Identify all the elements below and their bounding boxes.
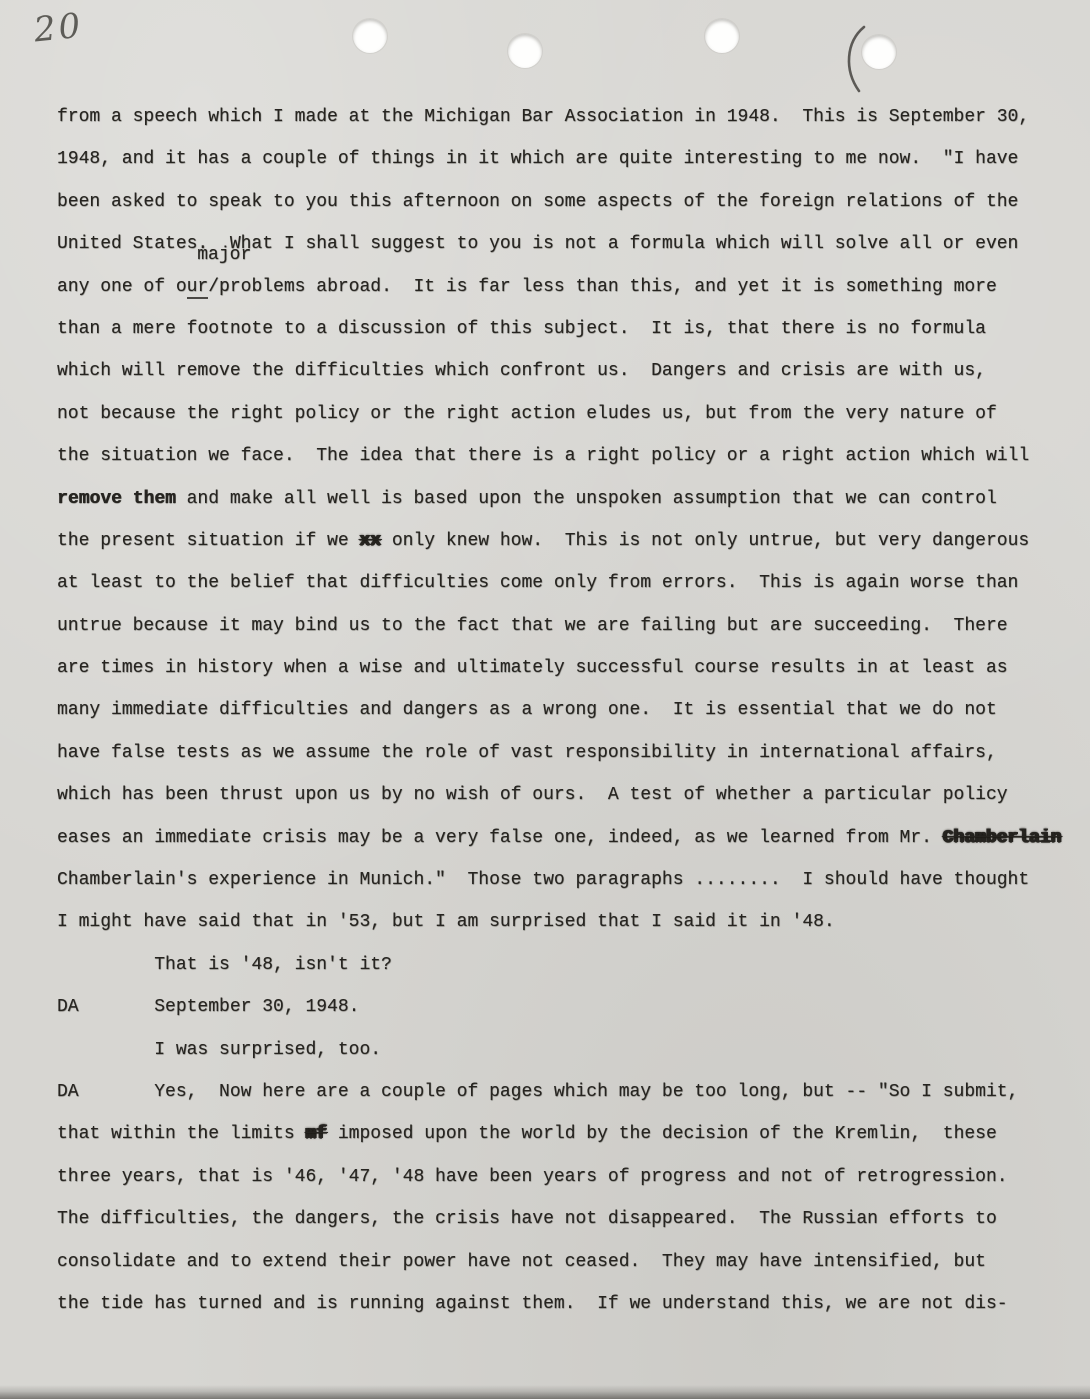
text-run: the tide has turned and is running again… bbox=[57, 1294, 1008, 1314]
handwritten-page-number: 20 bbox=[32, 6, 85, 51]
text-line: I was surprised, too. bbox=[57, 1029, 1062, 1071]
text-run: at least to the belief that difficulties… bbox=[57, 573, 1018, 593]
text-run: which has been thrust upon us by no wish… bbox=[57, 785, 1008, 805]
text-run: only knew how. This is not only untrue, … bbox=[381, 531, 1029, 551]
text-run: DA Yes, Now here are a couple of pages w… bbox=[57, 1082, 1018, 1102]
text-line: DA September 30, 1948. bbox=[57, 986, 1062, 1028]
text-line: DA Yes, Now here are a couple of pages w… bbox=[57, 1071, 1062, 1113]
text-line: consolidate and to extend their power ha… bbox=[57, 1241, 1062, 1283]
text-line: not because the right policy or the righ… bbox=[57, 393, 1062, 435]
text-run: that within the limits bbox=[57, 1124, 305, 1144]
text-run: I was surprised, too. bbox=[57, 1040, 381, 1060]
pencil-arc-mark bbox=[840, 22, 890, 96]
blot-text: xx bbox=[359, 531, 381, 551]
scanned-transcript-page: 20 from a speech which I made at the Mic… bbox=[0, 0, 1090, 1399]
text-run: DA September 30, 1948. bbox=[57, 997, 359, 1017]
text-line: The difficulties, the dangers, the crisi… bbox=[57, 1198, 1062, 1240]
inserted-word: major bbox=[197, 234, 251, 276]
text-line: the present situation if we xx only knew… bbox=[57, 520, 1062, 562]
text-run: untrue because it may bind us to the fac… bbox=[57, 616, 1008, 636]
text-run: the present situation if we bbox=[57, 531, 359, 551]
document-text: from a speech which I made at the Michig… bbox=[57, 96, 1062, 1325]
text-run: have false tests as we assume the role o… bbox=[57, 743, 997, 763]
underlined-text: ur bbox=[187, 277, 209, 299]
text-run: been asked to speak to you this afternoo… bbox=[57, 192, 1018, 212]
text-line: the situation we face. The idea that the… bbox=[57, 435, 1062, 477]
hole-punch-icon bbox=[353, 19, 387, 53]
blot-text: mf bbox=[305, 1124, 327, 1144]
text-run: not because the right policy or the righ… bbox=[57, 404, 997, 424]
text-line: That is '48, isn't it? bbox=[57, 944, 1062, 986]
text-line: I might have said that in '53, but I am … bbox=[57, 901, 1062, 943]
text-line: the tide has turned and is running again… bbox=[57, 1283, 1062, 1325]
text-run: many immediate difficulties and dangers … bbox=[57, 700, 997, 720]
text-run: I might have said that in '53, but I am … bbox=[57, 912, 835, 932]
text-line: which will remove the difficulties which… bbox=[57, 350, 1062, 392]
text-line: from a speech which I made at the Michig… bbox=[57, 96, 1062, 138]
text-run: and make all well is based upon the unsp… bbox=[176, 489, 997, 509]
text-line: untrue because it may bind us to the fac… bbox=[57, 605, 1062, 647]
text-line: eases an immediate crisis may be a very … bbox=[57, 817, 1062, 859]
text-run: imposed upon the world by the decision o… bbox=[327, 1124, 997, 1144]
text-run: than a mere footnote to a discussion of … bbox=[57, 319, 986, 339]
text-line: at least to the belief that difficulties… bbox=[57, 562, 1062, 604]
hole-punch-icon bbox=[508, 34, 542, 68]
text-run: three years, that is '46, '47, '48 have … bbox=[57, 1167, 1008, 1187]
text-run: Chamberlain's experience in Munich." Tho… bbox=[57, 870, 1029, 890]
text-run: the situation we face. The idea that the… bbox=[57, 446, 1029, 466]
text-run: which will remove the difficulties which… bbox=[57, 361, 986, 381]
text-line: which has been thrust upon us by no wish… bbox=[57, 774, 1062, 816]
text-line: Chamberlain's experience in Munich." Tho… bbox=[57, 859, 1062, 901]
text-run: problems abroad. It is far less than thi… bbox=[219, 277, 997, 297]
blot-text: Chamberlain bbox=[943, 828, 1062, 848]
hole-punch-icon bbox=[705, 19, 739, 53]
text-run: / bbox=[208, 277, 219, 297]
text-line: than a mere footnote to a discussion of … bbox=[57, 308, 1062, 350]
text-line: many immediate difficulties and dangers … bbox=[57, 689, 1062, 731]
text-run: The difficulties, the dangers, the crisi… bbox=[57, 1209, 997, 1229]
text-line: remove them and make all well is based u… bbox=[57, 478, 1062, 520]
text-line: have false tests as we assume the role o… bbox=[57, 732, 1062, 774]
text-line: been asked to speak to you this afternoo… bbox=[57, 181, 1062, 223]
text-run: That is '48, isn't it? bbox=[57, 955, 392, 975]
text-line: that within the limits mf imposed upon t… bbox=[57, 1113, 1062, 1155]
text-line: any one of our/majorproblems abroad. It … bbox=[57, 266, 1062, 308]
scan-edge-shadow bbox=[0, 1385, 1090, 1399]
text-line: 1948, and it has a couple of things in i… bbox=[57, 138, 1062, 180]
text-run: consolidate and to extend their power ha… bbox=[57, 1252, 986, 1272]
text-line: three years, that is '46, '47, '48 have … bbox=[57, 1156, 1062, 1198]
text-run: are times in history when a wise and ult… bbox=[57, 658, 1008, 678]
text-run: 1948, and it has a couple of things in i… bbox=[57, 149, 1018, 169]
text-run: any one of o bbox=[57, 277, 187, 297]
text-run: from a speech which I made at the Michig… bbox=[57, 107, 1029, 127]
insertion-anchor: /major bbox=[208, 277, 219, 297]
text-run: eases an immediate crisis may be a very … bbox=[57, 828, 943, 848]
bold-text: remove them bbox=[57, 489, 176, 509]
text-line: are times in history when a wise and ult… bbox=[57, 647, 1062, 689]
